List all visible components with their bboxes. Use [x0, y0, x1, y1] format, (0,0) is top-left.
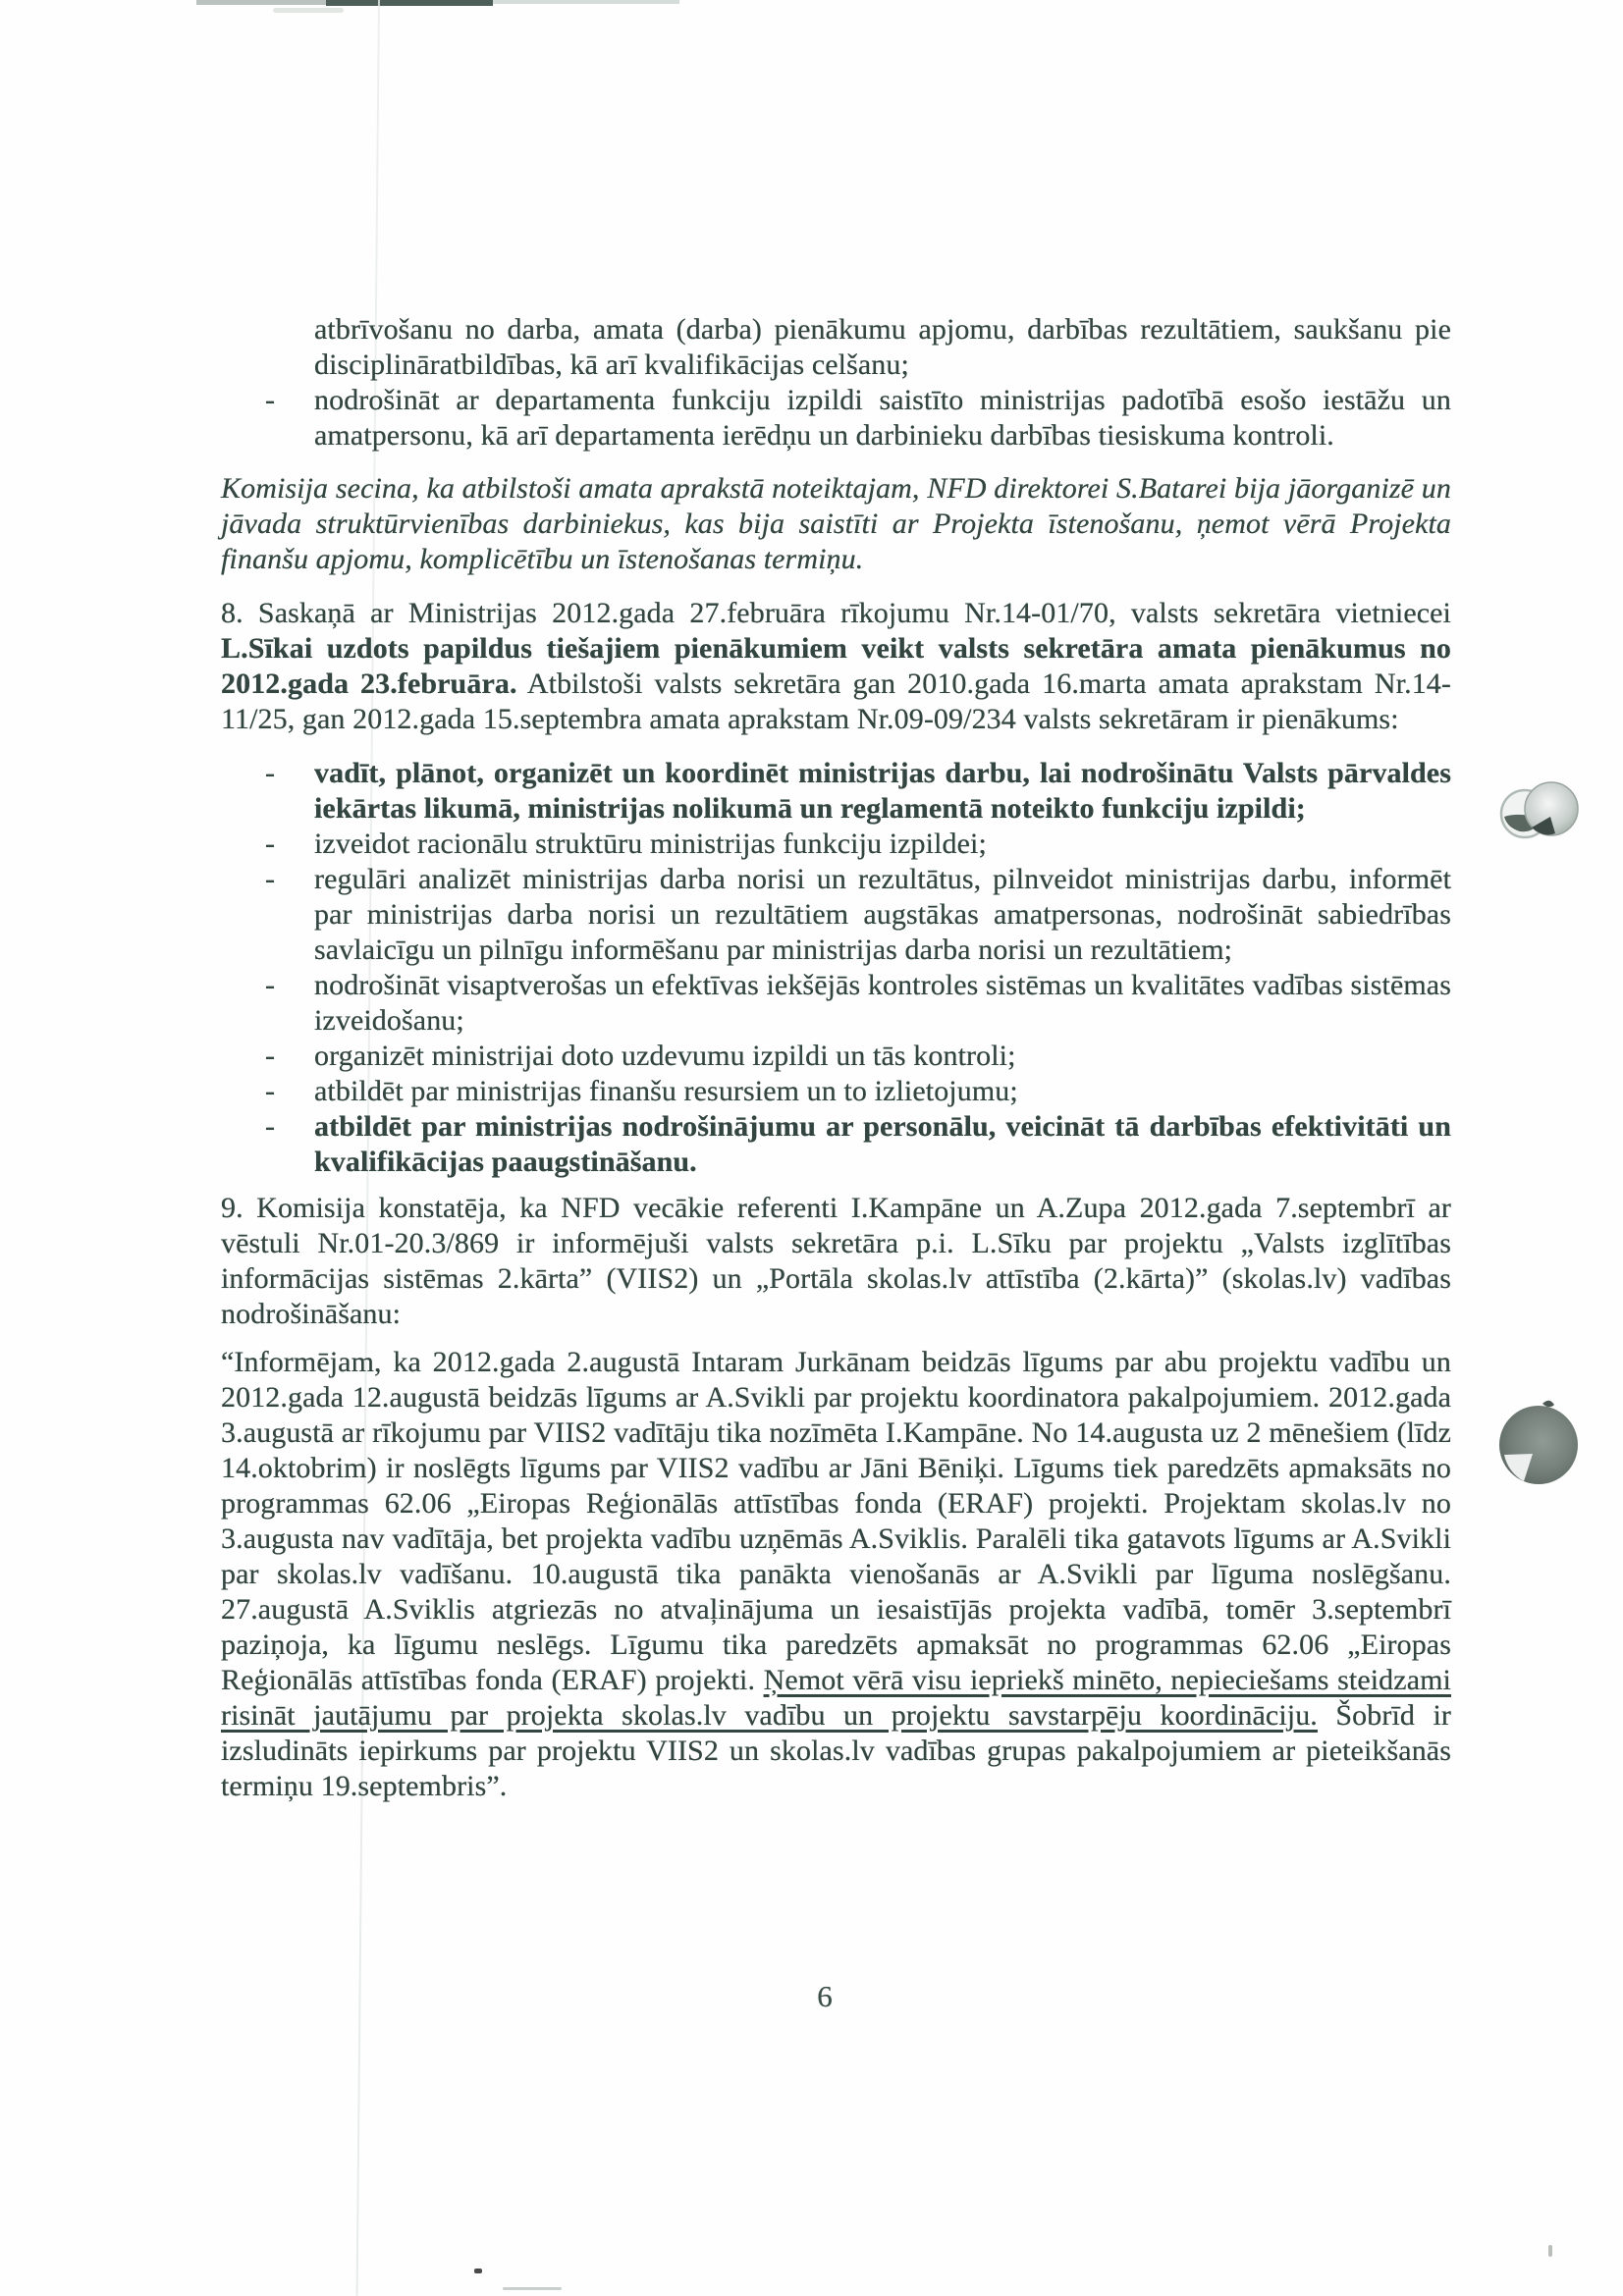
scan-edge-mark-dark: [326, 0, 493, 6]
scan-speck: [474, 2269, 482, 2273]
duty-text: organizēt ministrijai doto uzdevumu izpi…: [314, 1040, 1016, 1072]
dash-marker: -: [265, 383, 275, 418]
list-item-continuation: atbrīvošanu no darba, amata (darba) pien…: [221, 312, 1451, 383]
page-number: 6: [805, 1979, 844, 2014]
commission-conclusion-paragraph: Komisija secina, ka atbilstoši amata apr…: [221, 471, 1451, 577]
quote-run-regular: “Informējam, ka 2012.gada 2.augustā Inta…: [221, 1346, 1451, 1696]
list-item: - vadīt, plānot, organizēt un koordinēt …: [221, 756, 1451, 827]
scan-smudge: [273, 8, 344, 13]
scan-artifact-blob-bottom: [1494, 1396, 1587, 1488]
dash-marker: -: [265, 1039, 275, 1074]
duty-text: regulāri analizēt ministrijas darba nori…: [314, 863, 1451, 966]
paragraph-9: 9. Komisija konstatēja, ka NFD vecākie r…: [221, 1191, 1451, 1332]
scan-edge-mark-light: [493, 0, 679, 4]
scanned-document-page: atbrīvošanu no darba, amata (darba) pien…: [0, 0, 1623, 2296]
duty-text: atbildēt par ministrijas finanšu resursi…: [314, 1075, 1018, 1107]
scan-artifact-blob-top: [1498, 772, 1581, 846]
duties-list: - vadīt, plānot, organizēt un koordinēt …: [221, 756, 1451, 1180]
dash-marker: -: [265, 1074, 275, 1109]
dash-marker: -: [265, 1109, 275, 1145]
list-item: - atbildēt par ministrijas finanšu resur…: [221, 1074, 1451, 1109]
scan-edge-mark: [196, 0, 326, 5]
duty-text: vadīt, plānot, organizēt un koordinēt mi…: [314, 757, 1451, 825]
paragraph-9-text: 9. Komisija konstatēja, ka NFD vecākie r…: [221, 1192, 1451, 1330]
paragraph-8: 8. Saskaņā ar Ministrijas 2012.gada 27.f…: [221, 596, 1451, 737]
list-item-dash: - nodrošināt ar departamenta funkciju iz…: [221, 383, 1451, 454]
paragraph-8-run-regular: 8. Saskaņā ar Ministrijas 2012.gada 27.f…: [221, 597, 1451, 629]
list-item: - organizēt ministrijai doto uzdevumu iz…: [221, 1039, 1451, 1074]
dash-marker: -: [265, 756, 275, 791]
list-item: - regulāri analizēt ministrijas darba no…: [221, 862, 1451, 968]
duty-text: izveidot racionālu struktūru ministrijas…: [314, 828, 987, 860]
quoted-letter-paragraph: “Informējam, ka 2012.gada 2.augustā Inta…: [221, 1345, 1451, 1804]
conclusion-text: Komisija secina, ka atbilstoši amata apr…: [221, 472, 1451, 575]
duty-text: atbildēt par ministrijas nodrošinājumu a…: [314, 1110, 1451, 1178]
scan-speck: [1548, 2245, 1552, 2257]
dash-marker: -: [265, 862, 275, 897]
list-item: - izveidot racionālu struktūru ministrij…: [221, 827, 1451, 862]
duty-text: nodrošināt visaptverošas un efektīvas ie…: [314, 969, 1451, 1037]
list-item: - nodrošināt visaptverošas un efektīvas …: [221, 968, 1451, 1039]
dash-item-text: nodrošināt ar departamenta funkciju izpi…: [314, 384, 1451, 452]
continuation-text: atbrīvošanu no darba, amata (darba) pien…: [314, 313, 1451, 381]
dash-marker: -: [265, 968, 275, 1003]
scan-speck: [503, 2287, 562, 2290]
list-item: - atbildēt par ministrijas nodrošinājumu…: [221, 1109, 1451, 1180]
document-body: atbrīvošanu no darba, amata (darba) pien…: [221, 312, 1451, 1804]
dash-marker: -: [265, 827, 275, 862]
